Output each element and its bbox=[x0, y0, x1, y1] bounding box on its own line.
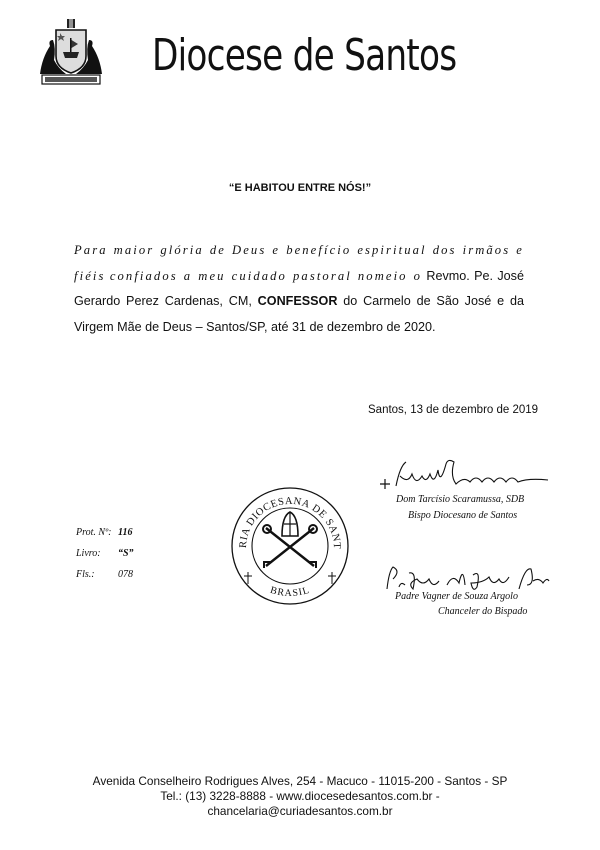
mitre-and-crossed-keys-icon bbox=[263, 512, 317, 568]
curia-seal: CURIA DIOCESANA DE SANTOS BRASIL bbox=[228, 486, 352, 606]
registry-row-book: Livro: “S” bbox=[76, 548, 134, 569]
footer-email: chancelaria@curiadesantos.com.br bbox=[0, 804, 600, 819]
registry-info: Prot. Nº: 116 Livro: “S” Fls.: 078 bbox=[76, 527, 134, 590]
chancellor-role: Chanceler do Bispado bbox=[438, 606, 527, 617]
registry-label: Prot. Nº: bbox=[76, 527, 118, 548]
decree-intro-line-2: confiados a meu cuidado pastoral nomeio … bbox=[110, 269, 422, 283]
bishop-name: Dom Tarcísio Scaramussa, SDB bbox=[396, 494, 524, 505]
date-line: Santos, 13 de dezembro de 2019 bbox=[368, 404, 538, 416]
registry-row-page: Fls.: 078 bbox=[76, 569, 134, 590]
footer-contact: Avenida Conselheiro Rodrigues Alves, 254… bbox=[0, 774, 600, 819]
registry-value: “S” bbox=[118, 548, 134, 569]
bishop-role: Bispo Diocesano de Santos bbox=[408, 510, 517, 521]
chancellor-name: Padre Vagner de Souza Argolo bbox=[395, 591, 518, 602]
registry-row-protocol: Prot. Nº: 116 bbox=[76, 527, 134, 548]
registry-label: Livro: bbox=[76, 548, 118, 569]
page-title: Diocese de Santos bbox=[152, 30, 456, 81]
svg-text:BRASIL: BRASIL bbox=[269, 585, 311, 599]
decree-paragraph: Para maior glória de Deus e benefício es… bbox=[74, 238, 524, 340]
motto-heading: “E HABITOU ENTRE NÓS!” bbox=[0, 182, 600, 194]
bishop-signature bbox=[378, 456, 558, 496]
decree-role: CONFESSOR bbox=[258, 294, 338, 308]
footer-address: Avenida Conselheiro Rodrigues Alves, 254… bbox=[0, 774, 600, 789]
seal-bottom-text: BRASIL bbox=[269, 585, 311, 599]
footer-phone-website: Tel.: (13) 3228-8888 - www.diocesedesant… bbox=[0, 789, 600, 804]
registry-value: 078 bbox=[118, 569, 133, 590]
registry-label: Fls.: bbox=[76, 569, 118, 590]
diocese-coat-of-arms-icon bbox=[36, 18, 106, 86]
registry-value: 116 bbox=[118, 527, 132, 548]
